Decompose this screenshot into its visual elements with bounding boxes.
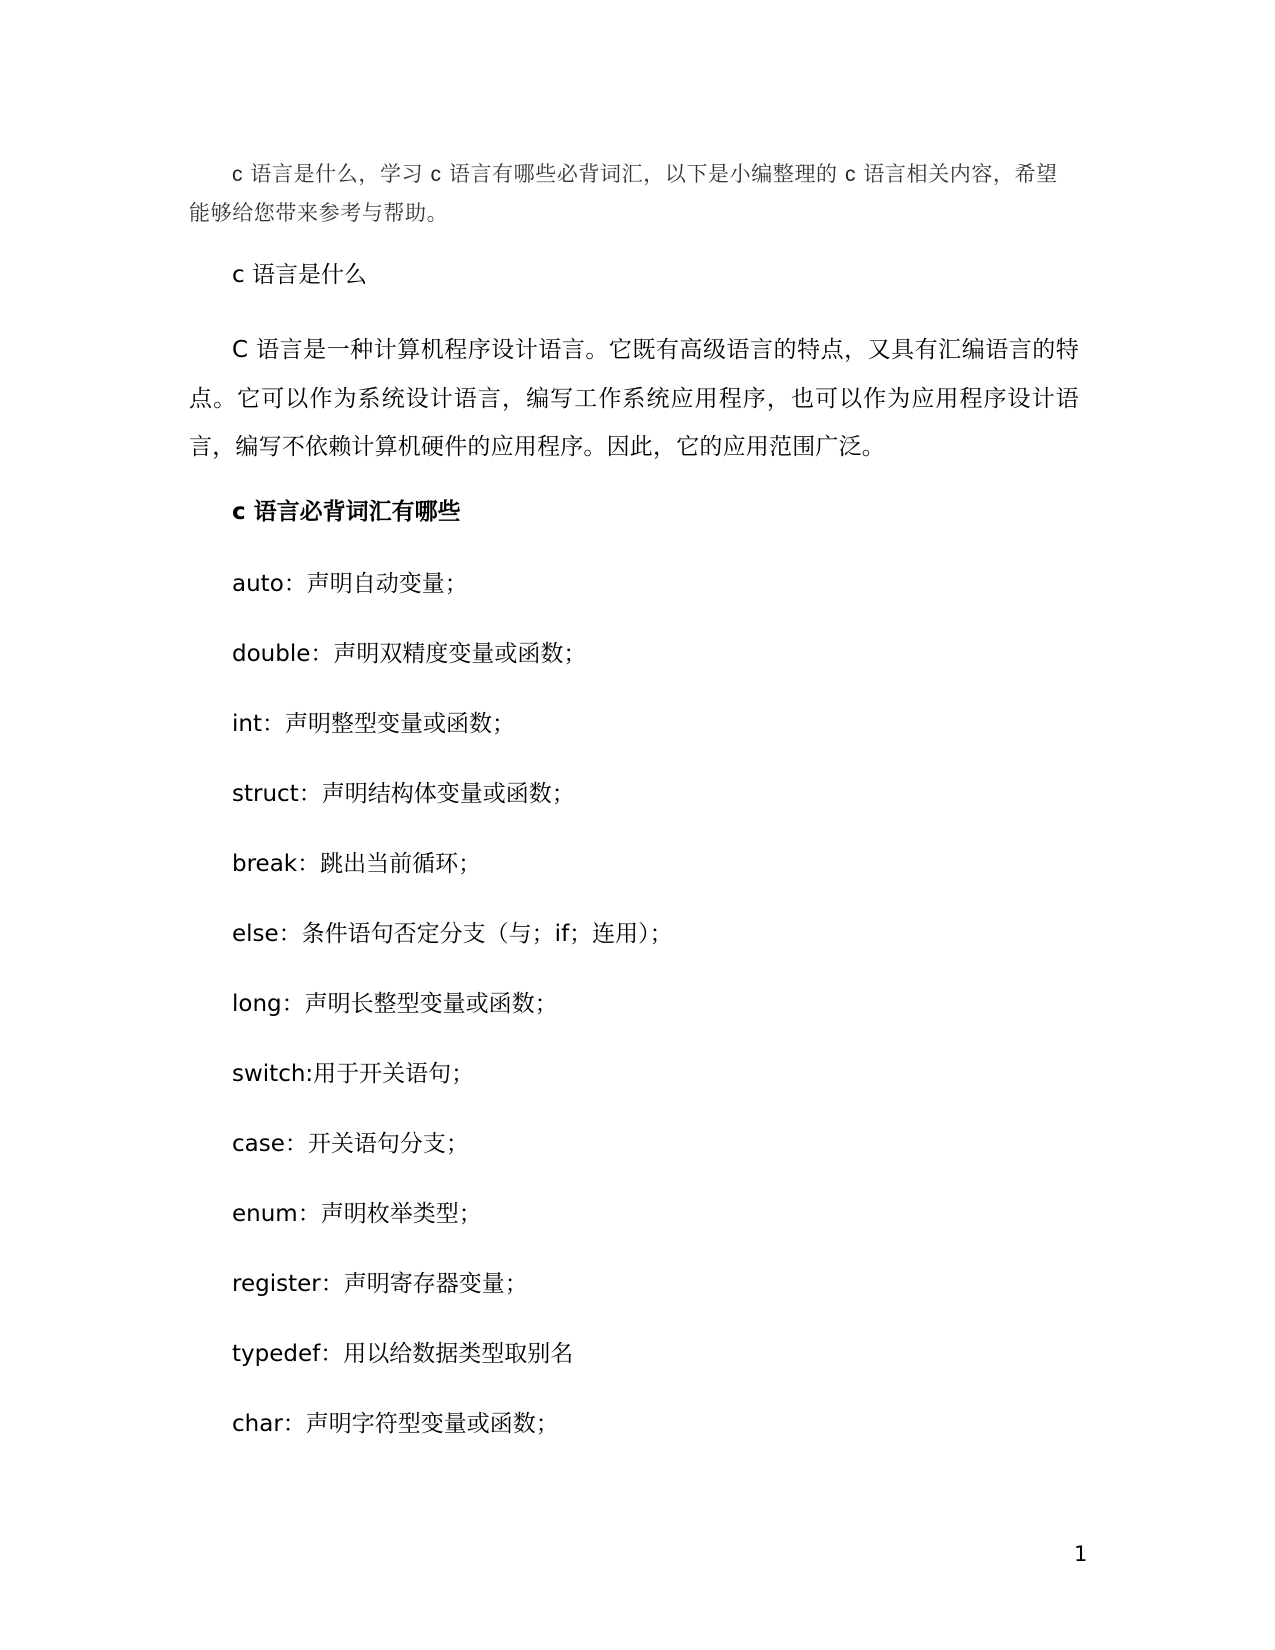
vocab-item-enum: enum：声明枚举类型； [232,1199,482,1229]
vocab-item-break: break：跳出当前循环； [232,849,481,879]
intro-text-segment: c [430,163,441,186]
intro-text-segment: c [845,163,856,186]
intro-text-segment: 语言有哪些必背词汇，以下是小编整理的 [442,162,845,186]
page-number: 1 [1074,1541,1087,1567]
c-language-description-paragraph: C 语言是一种计算机程序设计语言。它既有高级语言的特点，又具有汇编语言的特点。它… [189,326,1079,472]
vocab-item-double: double：声明双精度变量或函数； [232,639,586,669]
vocab-item-int: int：声明整型变量或函数； [232,709,515,739]
vocab-item-case: case：开关语句分支； [232,1129,469,1159]
vocab-item-switch: switch:用于开关语句； [232,1059,474,1089]
section-heading-what-is-c: c 语言是什么 [232,260,367,290]
intro-text-segment: c [232,163,243,186]
vocab-item-typedef: typedef：用以给数据类型取别名 [232,1339,573,1369]
vocab-item-struct: struct：声明结构体变量或函数； [232,779,575,809]
vocab-item-long: long：声明长整型变量或函数； [232,989,558,1019]
document-page: c 语言是什么，学习 c 语言有哪些必背词汇，以下是小编整理的 c 语言相关内容… [0,0,1275,1650]
vocab-item-char: char：声明字符型变量或函数； [232,1409,559,1439]
vocab-item-auto: auto：声明自动变量； [232,569,468,599]
intro-paragraph: c 语言是什么，学习 c 语言有哪些必背词汇，以下是小编整理的 c 语言相关内容… [189,155,1079,232]
vocab-item-else: else：条件语句否定分支（与；if；连用）； [232,919,673,949]
vocab-item-register: register：声明寄存器变量； [232,1269,528,1299]
section-heading-keywords: c 语言必背词汇有哪些 [232,497,461,527]
intro-text-segment: 语言是什么，学习 [243,162,430,186]
